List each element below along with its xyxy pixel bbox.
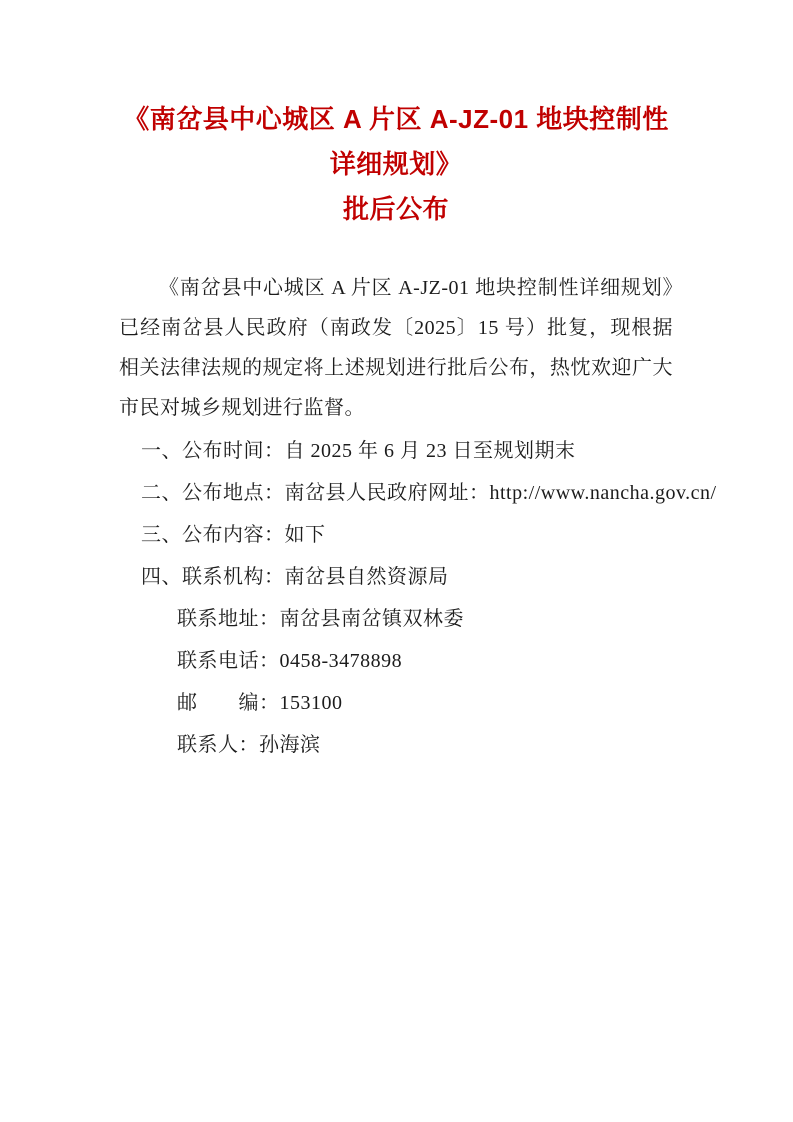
intro-paragraph: 《南岔县中心城区 A 片区 A-JZ-01 地块控制性详细规划》已经南岔县人民政… — [119, 268, 673, 428]
list-item-publish-location: 二、公布地点：南岔县人民政府网址：http://www.nancha.gov.c… — [119, 472, 673, 514]
list-item-contact-phone: 联系电话：0458-3478898 — [119, 640, 673, 682]
title-line-1: 《南岔县中心城区 A 片区 A-JZ-01 地块控制性详细规划》 — [119, 97, 673, 187]
list-item-postal-code: 邮 编：153100 — [119, 682, 673, 724]
list-item-contact-agency: 四、联系机构：南岔县自然资源局 — [119, 556, 673, 598]
list-item-publish-time: 一、公布时间：自 2025 年 6 月 23 日至规划期末 — [119, 430, 673, 472]
document-title: 《南岔县中心城区 A 片区 A-JZ-01 地块控制性详细规划》 批后公布 — [119, 97, 673, 232]
announcement-list: 一、公布时间：自 2025 年 6 月 23 日至规划期末 二、公布地点：南岔县… — [119, 430, 673, 766]
list-item-contact-person: 联系人：孙海滨 — [119, 724, 673, 766]
title-line-2: 批后公布 — [119, 187, 673, 232]
list-item-publish-content: 三、公布内容：如下 — [119, 514, 673, 556]
list-item-contact-address: 联系地址：南岔县南岔镇双林委 — [119, 598, 673, 640]
document-page: 《南岔县中心城区 A 片区 A-JZ-01 地块控制性详细规划》 批后公布 《南… — [0, 0, 793, 1122]
